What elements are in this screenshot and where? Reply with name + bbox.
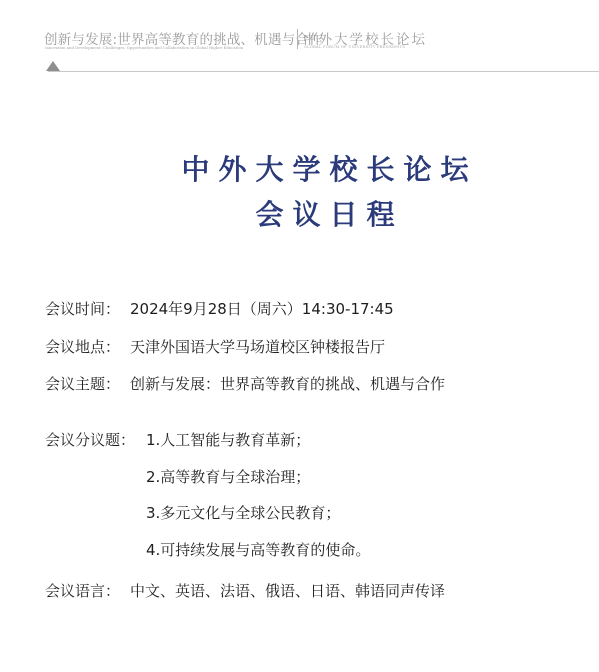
page-title: 中外大学校长论坛 (0, 148, 599, 188)
detail-label: 会议时间： (45, 298, 120, 319)
detail-venue: 会议地点： 天津外国语大学马场道校区钟楼报告厅 (45, 336, 120, 357)
subtopic-item: 4.可持续发展与高等教育的使命。 (146, 539, 370, 560)
detail-value: 2024年9月28日（周六）14:30-17:45 (130, 298, 394, 319)
page-subtitle: 会议日程 (0, 193, 599, 233)
header-divider (297, 29, 298, 49)
subtopic-item: 3.多元文化与全球公民教育； (146, 502, 340, 523)
detail-subtopics: 会议分议题： 1.人工智能与教育革新； (45, 429, 135, 450)
header-theme-en: Innovation and Development: Challenges, … (45, 45, 243, 50)
subtopic-item: 2.高等教育与全球治理； (146, 466, 310, 487)
detail-value: 创新与发展：世界高等教育的挑战、机遇与合作 (130, 373, 445, 394)
detail-value: 天津外国语大学马场道校区钟楼报告厅 (130, 336, 385, 357)
triangle-icon (46, 61, 60, 71)
page-header: 创新与发展:世界高等教育的挑战、机遇与合作 Innovation and Dev… (0, 0, 599, 80)
header-rule (48, 71, 599, 72)
detail-time: 会议时间： 2024年9月28日（周六）14:30-17:45 (45, 298, 120, 319)
detail-language: 会议语言： 中文、英语、法语、俄语、日语、韩语同声传译 (45, 580, 120, 601)
detail-label: 会议分议题： (45, 429, 135, 450)
header-forum-en: GLOBAL FORUM OF UNIVERSITY PRESIDENTS (304, 45, 405, 49)
subtopic-item: 1.人工智能与教育革新； (146, 429, 310, 450)
detail-theme: 会议主题： 创新与发展：世界高等教育的挑战、机遇与合作 (45, 373, 120, 394)
detail-label: 会议地点： (45, 336, 120, 357)
detail-value: 中文、英语、法语、俄语、日语、韩语同声传译 (130, 580, 445, 601)
detail-label: 会议主题： (45, 373, 120, 394)
detail-label: 会议语言： (45, 580, 120, 601)
